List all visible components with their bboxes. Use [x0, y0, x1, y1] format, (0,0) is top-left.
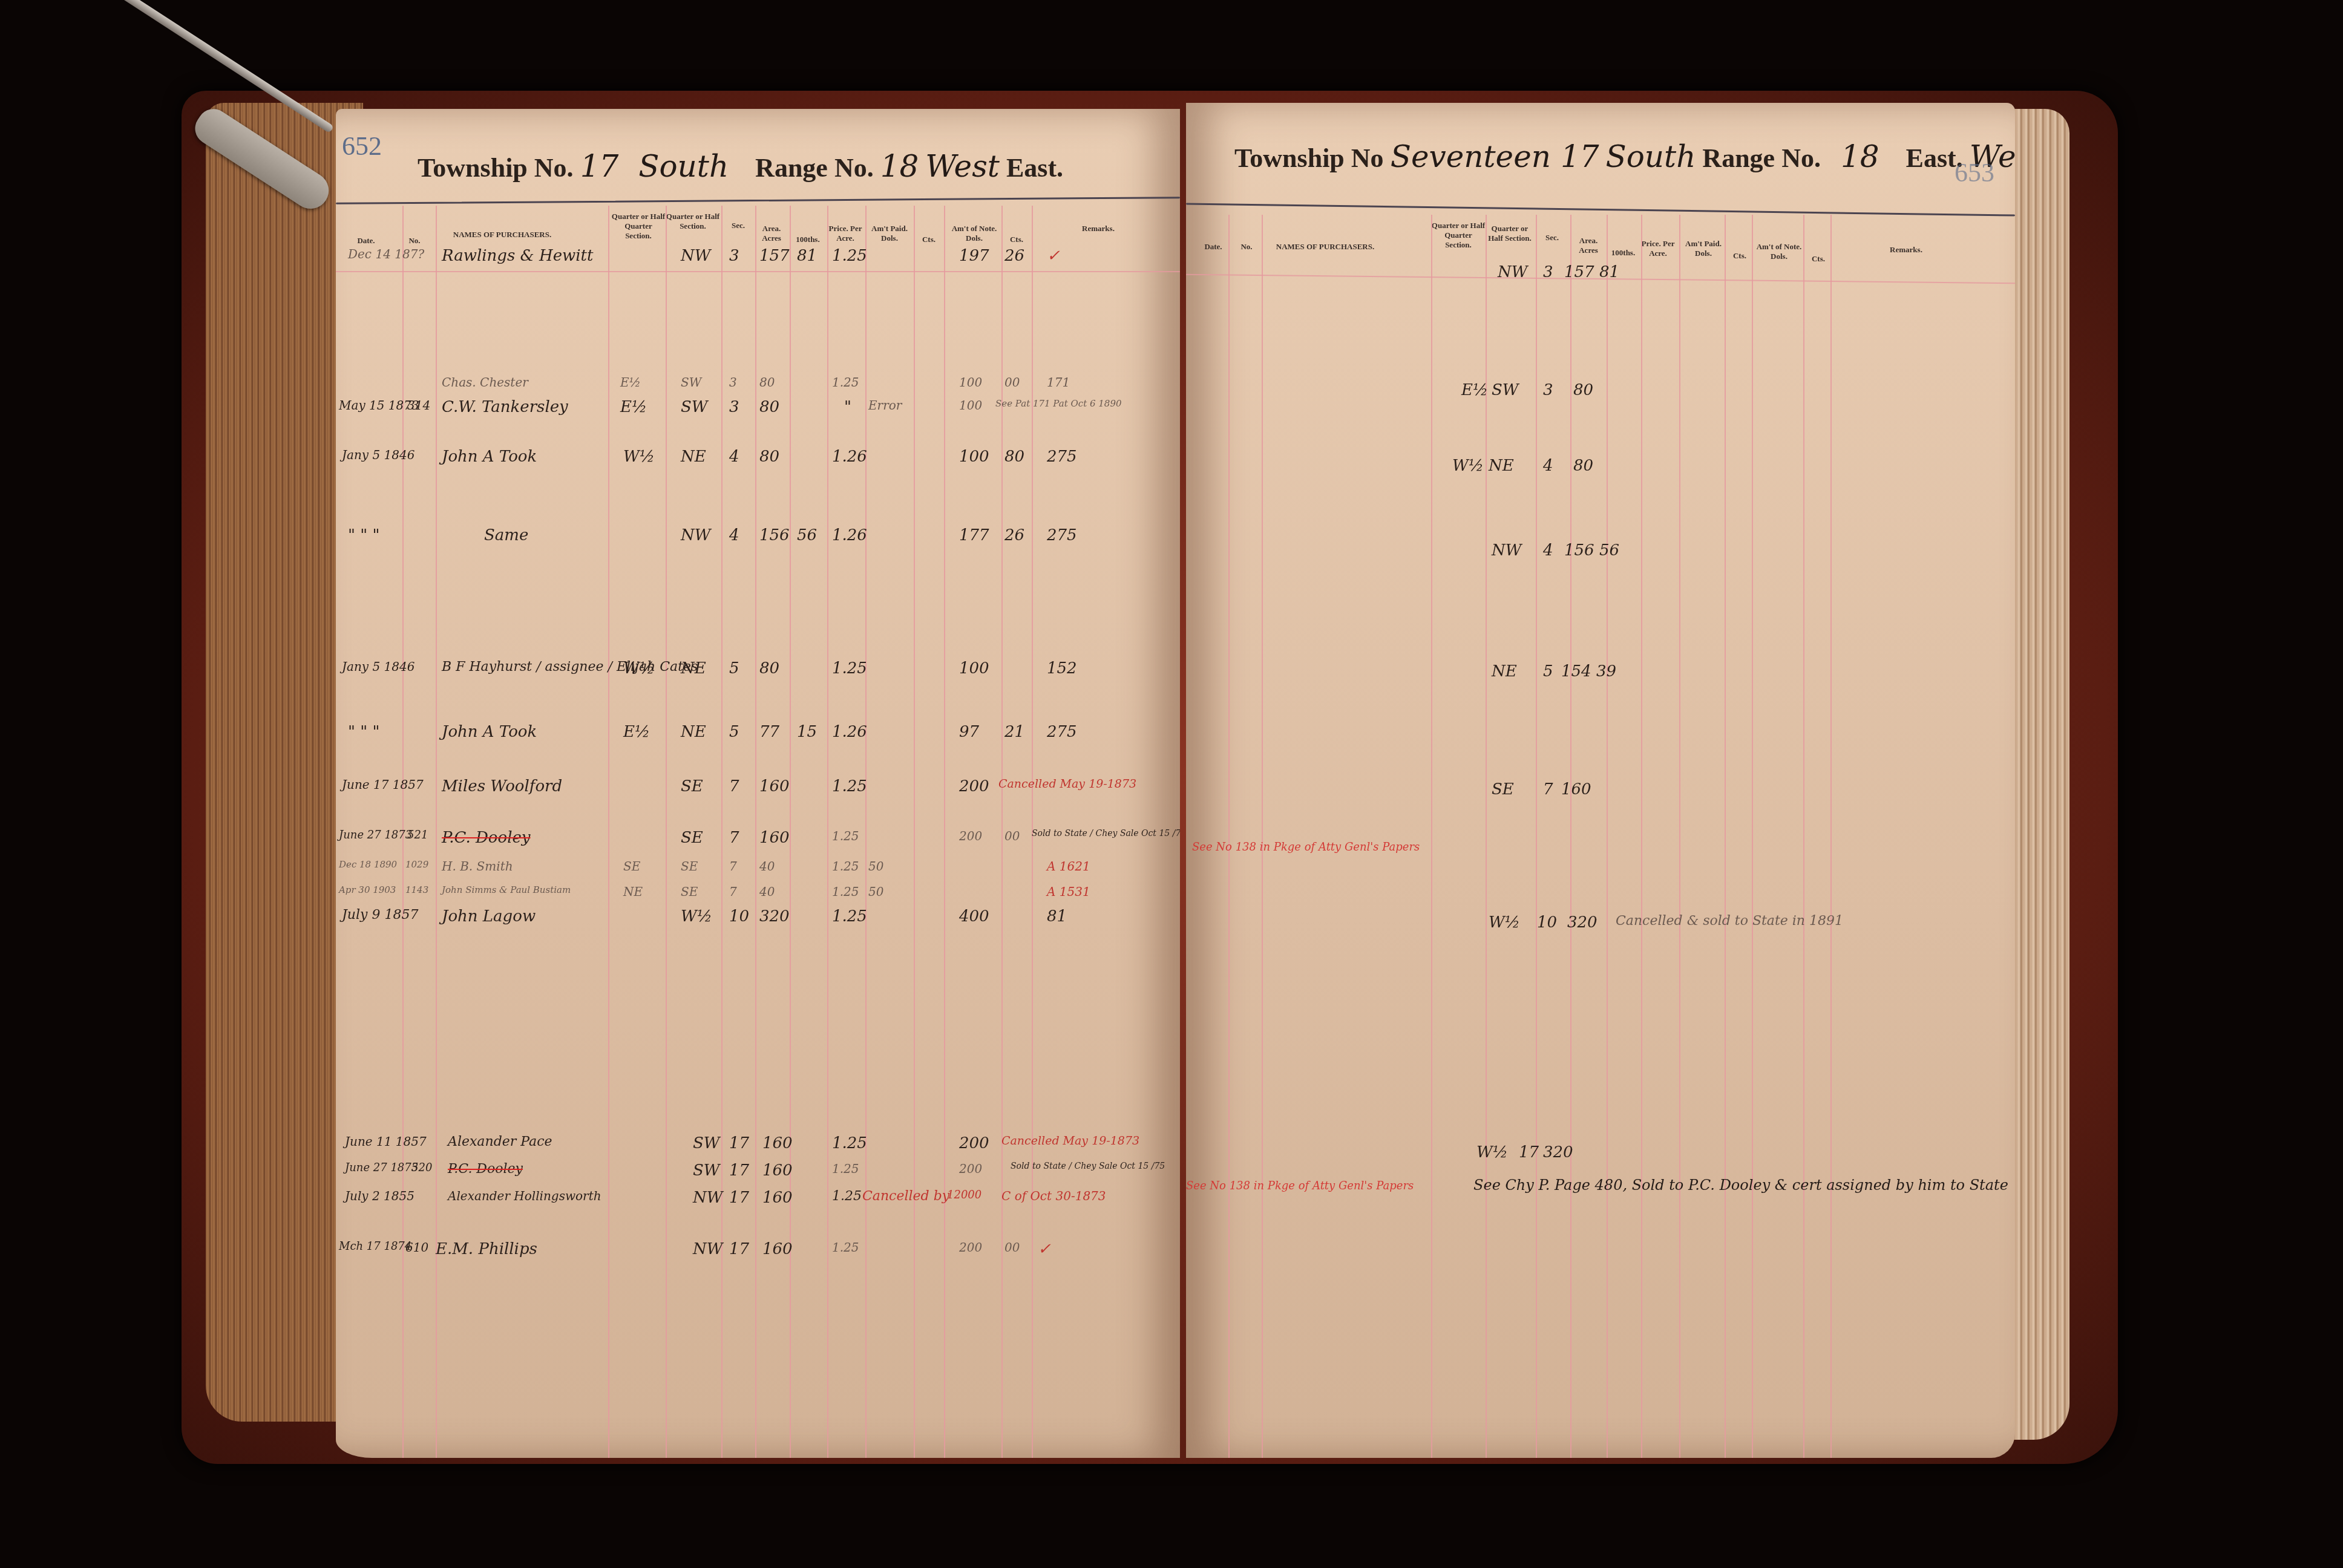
section: 3 [1543, 263, 1553, 281]
note-dols: 12000 [947, 1189, 981, 1201]
quarter-half-quarter: NE [623, 884, 643, 899]
note-dols: 100 [959, 398, 982, 413]
section: 5 [729, 723, 739, 741]
entry-no: 1029 [405, 859, 428, 870]
remarks: ✓ [1047, 247, 1060, 265]
paid-dols: Cancelled by [862, 1189, 949, 1204]
col-date: Date. [348, 236, 384, 246]
price: 1.25 [832, 659, 867, 678]
quarter-half: NE [1492, 662, 1517, 681]
section: 10 [729, 907, 749, 926]
entry-date: Apr 30 1903 [339, 884, 396, 895]
remarks: 81 [1047, 907, 1067, 926]
entry-date: Mch 17 1874 [339, 1240, 411, 1253]
ledger-row: June 11 1857 Alexander Pace SW 17 160 1.… [336, 1134, 1180, 1165]
section: 7 [729, 829, 739, 847]
quarter-half: W½ [1476, 1143, 1508, 1161]
quarter-half: NW [693, 1189, 723, 1207]
note-dols: 100 [959, 375, 982, 390]
entry-no: 610 [405, 1240, 428, 1255]
section: 7 [729, 777, 739, 795]
note-dols: 177 [959, 526, 989, 544]
purchaser-name: John A Took [442, 723, 537, 741]
area: 154 39 [1561, 662, 1616, 681]
remarks: Cancelled May 19-1873 [998, 777, 1136, 791]
area: 80 [1573, 381, 1593, 399]
quarter-half-quarter: E½ [623, 723, 650, 741]
quarter-half: SW [693, 1161, 720, 1180]
col-no: No. [1234, 242, 1259, 252]
col-no: No. [402, 236, 427, 246]
acre-hundredths: 81 [797, 247, 817, 265]
col-qh: Quarter or Half Section. [666, 212, 720, 231]
area: 320 [1567, 913, 1597, 932]
quarter-half: SW [1492, 381, 1519, 399]
remarks: 275 [1047, 723, 1077, 741]
purchaser-name: P.C. Dooley [448, 1161, 523, 1177]
price: 1.26 [832, 526, 867, 544]
acres: 160 [762, 1161, 793, 1180]
remarks: Cancelled May 19-1873 [1001, 1134, 1139, 1148]
ledger-row: July 2 1855 Alexander Hollingsworth NW 1… [336, 1189, 1180, 1219]
price: 1.25 [832, 907, 867, 926]
note-cts: 00 [1004, 1240, 1020, 1255]
entry-date: Jany 5 1846 [342, 659, 415, 674]
note-dols: 197 [959, 247, 989, 265]
purchaser-name: Alexander Pace [448, 1134, 552, 1149]
col-note-dols: Am't of Note. Dols. [947, 224, 1001, 243]
note-dols: 100 [959, 448, 989, 466]
paid-dols: 50 [868, 859, 883, 874]
quarter-half-quarter: E½ [1461, 381, 1488, 399]
acres: 77 [759, 723, 779, 741]
quarter-half: SE [681, 777, 703, 795]
range-label: Range No. [1702, 143, 1821, 173]
note-dols: 100 [959, 659, 989, 678]
col-names: NAMES OF PURCHASERS. [1271, 242, 1380, 252]
entry-date: June 27 1873 [345, 1161, 418, 1174]
col-sec: Sec. [1537, 233, 1567, 243]
ledger-row: " " " John A Took E½ NE 5 77 15 1.26 97 … [336, 723, 1180, 753]
acres: 320 [759, 907, 790, 926]
quarter-half: NW [681, 247, 710, 265]
section: 5 [729, 659, 739, 678]
ledger-page-left: 652 Township No. 17 South Range No. 18 W… [336, 109, 1180, 1458]
price: 1.25 [832, 884, 859, 899]
note-dols: 400 [959, 907, 989, 926]
quarter-half-quarter: E½ [620, 375, 641, 390]
remarks: Sold to State / Chey Sale Oct 15 /75 [1032, 829, 1180, 838]
ledger-row: NW 3 157 81 [1186, 263, 2015, 293]
remarks: 275 [1047, 448, 1077, 466]
range-direction: West [925, 149, 1000, 184]
township-number: 17 [580, 149, 619, 184]
ledger-row: Mch 17 1874 610 E.M. Phillips NW 17 160 … [336, 1240, 1180, 1270]
quarter-half: NW [693, 1240, 723, 1258]
note-dols: 200 [959, 829, 982, 843]
ledger-row: Dec 14 187? Rawlings & Hewitt NW 3 157 8… [336, 247, 1180, 277]
acres: 80 [759, 398, 779, 416]
section: 17 [729, 1189, 749, 1207]
section: 3 [1543, 381, 1553, 399]
price: 1.25 [832, 247, 867, 265]
quarter-half-quarter: E½ [620, 398, 647, 416]
ledger-row: NE 5 154 39 [1186, 662, 2015, 693]
price: 1.25 [832, 1189, 862, 1204]
page-heading: Township No. 17 South Range No. 18 West … [418, 149, 1063, 184]
col-hundredths: 100ths. [790, 235, 826, 244]
acres: 157 [759, 247, 790, 265]
ledger-row: June 27 1873 521 P.C. Dooley SE 7 160 1.… [336, 829, 1180, 859]
range-number: 18 [880, 149, 919, 184]
purchaser-name: John Simms & Paul Bustiam [442, 884, 571, 895]
note-cts: 80 [1004, 448, 1024, 466]
price: 1.25 [832, 1240, 859, 1255]
note-dols: 200 [959, 777, 989, 795]
section: 4 [729, 526, 739, 544]
page-heading: Township No Seventeen 17 South Range No.… [1234, 139, 2015, 174]
acres: 160 [759, 777, 790, 795]
price: 1.25 [832, 859, 859, 874]
entry-date: July 2 1855 [345, 1189, 415, 1203]
township-label: Township No [1234, 143, 1384, 173]
range-number: 18 [1841, 139, 1879, 174]
entry-date: " " " [348, 526, 379, 544]
price: 1.25 [832, 829, 859, 843]
note-cts: 26 [1004, 247, 1024, 265]
price: 1.26 [832, 448, 867, 466]
col-price: Price. Per Acre. [827, 224, 863, 243]
acres: 80 [759, 375, 775, 390]
remarks: A 1531 [1047, 884, 1090, 899]
entry-no: 314 [407, 398, 430, 413]
acres: 160 [759, 829, 790, 847]
quarter-half: NW [681, 526, 710, 544]
entry-date: " " " [348, 723, 379, 741]
col-note-cts: Cts. [1001, 235, 1032, 244]
township-direction: South [638, 149, 729, 184]
ledger-row: June 27 1873 520 P.C. Dooley SW 17 160 1… [336, 1161, 1180, 1192]
ledger-row: " " " Same NW 4 156 56 1.26 177 26 275 [336, 526, 1180, 557]
col-date: Date. [1198, 242, 1228, 252]
purchaser-name: Miles Woolford [442, 777, 562, 795]
ledger-row: W½ 10 320 Cancelled & sold to State in 1… [1186, 913, 2015, 944]
note-dols: 200 [959, 1240, 982, 1255]
quarter-half: SW [681, 398, 708, 416]
purchaser-name: H. B. Smith [442, 859, 513, 874]
col-qhq: Quarter or Half Quarter Section. [1431, 221, 1486, 250]
col-price: Price. Per Acre. [1640, 239, 1676, 258]
section: 7 [1543, 780, 1553, 799]
acres: 40 [759, 859, 775, 874]
black-annotation: See Chy P. Page 480, Sold to P.C. Dooley… [1473, 1177, 2008, 1194]
quarter-half: W½ [681, 907, 712, 926]
acre-hundredths: 15 [797, 723, 817, 741]
ledger-row: W½ 17 320 [1186, 1143, 2015, 1174]
ledger-row: SE 7 160 [1186, 780, 2015, 811]
quarter-half-quarter: W½ [1452, 457, 1484, 475]
section: 7 [729, 884, 737, 899]
ledger-row: Jany 5 1846 John A Took W½ NE 4 80 1.26 … [336, 448, 1180, 478]
ledger-row: NW 4 156 56 [1186, 541, 2015, 572]
area: 160 [1561, 780, 1591, 799]
price: 1.25 [832, 777, 867, 795]
section: 4 [1543, 457, 1553, 475]
col-note-dols: Am't of Note. Dols. [1752, 242, 1806, 261]
purchaser-name: P.C. Dooley [442, 829, 531, 847]
note-dols: 97 [959, 723, 979, 741]
quarter-half: SE [681, 859, 698, 874]
col-acres: Area. Acres [753, 224, 790, 243]
quarter-half: W½ [1489, 913, 1520, 932]
col-note-cts: Cts. [1806, 254, 1830, 264]
col-paid-cts: Cts. [914, 235, 944, 244]
price: 1.25 [832, 1134, 867, 1152]
entry-date: June 11 1857 [345, 1134, 427, 1149]
remarks: 152 [1047, 659, 1077, 678]
price: 1.25 [832, 1161, 859, 1176]
col-names: NAMES OF PURCHASERS. [445, 230, 560, 240]
acres: 160 [762, 1134, 793, 1152]
section: 5 [1543, 662, 1553, 681]
east-label: East. [1006, 153, 1063, 183]
acres: 40 [759, 884, 775, 899]
col-hundredths: 100ths. [1607, 248, 1640, 258]
ledger-row: July 9 1857 John Lagow W½ 10 320 1.25 40… [336, 907, 1180, 938]
acres: 80 [759, 448, 779, 466]
quarter-half: NE [681, 448, 706, 466]
remarks: Cancelled & sold to State in 1891 [1616, 913, 1843, 929]
note-dols: 200 [959, 1134, 989, 1152]
section: 4 [729, 448, 739, 466]
acres: 80 [759, 659, 779, 678]
quarter-half: NW [1498, 263, 1527, 281]
note-cts: 21 [1004, 723, 1024, 741]
section: 17 [729, 1134, 749, 1152]
remarks: C of Oct 30-1873 [1001, 1189, 1106, 1203]
range-label: Range No. [755, 153, 874, 183]
quarter-half: SE [681, 829, 703, 847]
quarter-half: NE [681, 659, 706, 678]
quarter-half-quarter: W½ [623, 448, 655, 466]
acre-hundredths: 56 [797, 526, 817, 544]
acres: 156 [759, 526, 790, 544]
section: 17 [729, 1161, 749, 1180]
quarter-half: SW [693, 1134, 720, 1152]
entry-no: 521 [407, 829, 428, 841]
ledger-row: E½ SW 3 80 [1186, 381, 2015, 411]
col-qhq: Quarter or Half Quarter Section. [611, 212, 666, 241]
entry-date: June 27 1873 [339, 829, 412, 841]
remarks: ✓ [1038, 1240, 1051, 1258]
purchaser-name: John A Took [442, 448, 537, 466]
col-acres: Area. Acres [1570, 236, 1607, 255]
note-dols: 200 [959, 1161, 982, 1176]
quarter-half: NW [1492, 541, 1521, 560]
entry-date: Jany 5 1846 [342, 448, 415, 462]
section: 17 [1519, 1143, 1539, 1161]
col-remarks: Remarks. [1858, 245, 1955, 255]
col-sec: Sec. [723, 221, 753, 230]
purchaser-name: E.M. Phillips [436, 1240, 537, 1258]
entry-date: July 9 1857 [342, 907, 418, 923]
col-paid-cts: Cts. [1728, 251, 1752, 261]
remarks: See Pat 171 Pat Oct 6 1890 [995, 398, 1122, 409]
purchaser-name: Rawlings & Hewitt [442, 247, 594, 265]
purchaser-name: C.W. Tankersley [442, 398, 568, 416]
page-number: 653 [1955, 157, 1994, 188]
remarks: 171 [1047, 375, 1070, 390]
red-annotation: See No 138 in Pkge of Atty Genl's Papers [1192, 841, 1420, 854]
price: 1.25 [832, 375, 859, 390]
purchaser-name: Chas. Chester [442, 375, 528, 390]
purchaser-name: B F Hayhurst / assignee / Elijah Cates [442, 659, 698, 675]
price: 1.26 [832, 723, 867, 741]
section: 3 [729, 398, 739, 416]
col-qh: Quarter or Half Section. [1486, 224, 1534, 243]
section: 3 [729, 247, 739, 265]
section: 10 [1537, 913, 1557, 932]
remarks: 275 [1047, 526, 1077, 544]
ledger-page-right: Township No Seventeen 17 South Range No.… [1186, 103, 2015, 1458]
section: 7 [729, 859, 737, 874]
entry-date: Dec 14 187? [348, 247, 424, 261]
entry-no: 1143 [405, 884, 428, 895]
red-annotation: See No 138 in Pkge of Atty Genl's Papers [1186, 1180, 1414, 1192]
section: 17 [729, 1240, 749, 1258]
township-direction: South [1606, 139, 1696, 174]
purchaser-name: Alexander Hollingsworth [448, 1189, 601, 1203]
quarter-half-quarter: W½ [623, 659, 655, 678]
col-paid-dols: Am't Paid. Dols. [1679, 239, 1728, 258]
price: " [844, 398, 851, 416]
section: 3 [729, 375, 737, 390]
entry-no: 520 [411, 1161, 432, 1174]
col-paid-dols: Am't Paid. Dols. [865, 224, 914, 243]
quarter-half: SW [681, 375, 701, 390]
area: 157 81 [1564, 263, 1619, 281]
note-cts: 26 [1004, 526, 1024, 544]
paid-dols: 50 [868, 884, 883, 899]
purchaser-name: Same [484, 526, 528, 544]
header-rule [336, 197, 1180, 204]
acres: 160 [762, 1240, 793, 1258]
area: 320 [1543, 1143, 1573, 1161]
paid-dols: Error [868, 398, 902, 413]
entry-date: June 17 1857 [342, 777, 424, 792]
township-label: Township No. [418, 153, 574, 183]
ledger-row: W½ NE 4 80 [1186, 457, 2015, 487]
col-remarks: Remarks. [1050, 224, 1147, 234]
entry-date: Dec 18 1890 [339, 859, 397, 870]
ledger-row: June 17 1857 Miles Woolford SE 7 160 1.2… [336, 777, 1180, 808]
quarter-half: SE [1492, 780, 1514, 799]
quarter-half: SE [681, 884, 698, 899]
township-number: Seventeen 17 [1391, 139, 1599, 174]
remarks: Sold to State / Chey Sale Oct 15 /75 [1011, 1161, 1165, 1171]
quarter-half-quarter: SE [623, 859, 640, 874]
purchaser-name: John Lagow [442, 907, 536, 926]
acres: 160 [762, 1189, 793, 1207]
area: 80 [1573, 457, 1593, 475]
ledger-row: Jany 5 1846 B F Hayhurst / assignee / El… [336, 659, 1180, 690]
quarter-half: NE [681, 723, 706, 741]
section: 4 [1543, 541, 1553, 560]
page-number: 652 [342, 131, 382, 162]
area: 156 56 [1564, 541, 1619, 560]
quarter-half: NE [1489, 457, 1514, 475]
note-cts: 00 [1004, 375, 1020, 390]
note-cts: 00 [1004, 829, 1020, 843]
remarks: A 1621 [1047, 859, 1090, 874]
ledger-row: May 15 1873 314 C.W. Tankersley E½ SW 3 … [336, 398, 1180, 428]
